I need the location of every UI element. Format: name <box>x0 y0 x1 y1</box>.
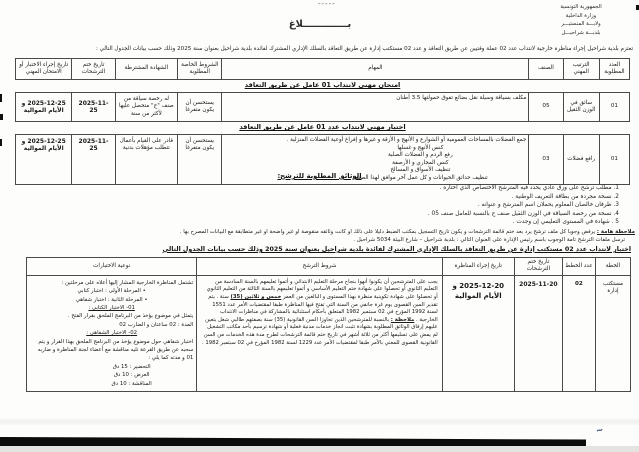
table-row: مستكتب إدارة 02 2025-11-20 2025-12-20 و … <box>27 275 631 391</box>
clerk-exam-date: 2025-12-20 و الأيام الموالية <box>442 275 514 391</box>
tests-line: المدة : 02 ساعتان و الضارب 02 <box>30 321 193 329</box>
scan-edge-mark <box>0 94 2 102</box>
list-item: 3. ظرفان خالصان المعلوم يحملان اسم المتر… <box>20 201 619 210</box>
table1-section1-row: امتحان مهني لانتداب 01 عامل عن طريق التع… <box>16 80 630 93</box>
table1-header-row: العدد المطلوبة الترتيب المهني الصنف المه… <box>16 59 630 80</box>
table1-section2-row: اختبار مهني لانتداب عدد 01 عامل عن طريق … <box>16 122 630 135</box>
tests-line: المناقشة : 10 دق <box>30 380 193 388</box>
table1-header-certificate: الشهادة المشترطة <box>115 59 177 80</box>
letterhead-republic: الجمهورية التونسية <box>535 3 627 12</box>
scan-dash-mark: ----- <box>318 0 336 8</box>
page-title: بـــــــــــــلاغ <box>200 19 440 30</box>
letterhead-ministry: وزارة الداخلية <box>535 12 627 21</box>
tests-line: • المرحلة الثانية : اختبار شفاهي <box>30 296 193 304</box>
tests-line: • المرحلة الأولى : اختبار كتابي <box>30 287 193 295</box>
table2-header-position: الخطة <box>595 258 630 276</box>
row1-exam-date: 2025-12-25 و الأيام الموالية <box>16 93 72 122</box>
tests-line: تشتمل المناظرة الخارجية المشار إليها أعل… <box>30 279 193 287</box>
table2-header-exam-date: تاريخ إجراء المناظرة <box>442 258 514 276</box>
documents-heading: الوثائق المطلوبة للترشح: <box>0 172 639 180</box>
scan-edge-mark <box>0 114 3 120</box>
tests-line: يتمثل في موضوع يؤخذ من البرنامج الملحق ب… <box>30 312 193 320</box>
table1-header-tasks: المهام <box>222 59 529 80</box>
scan-shadow-band <box>0 417 639 425</box>
letterhead-municipality: بلديـــة شراحيـــل <box>535 29 627 38</box>
table-row: 01 سائق في الوزن الثقيل 05 مكلف بسياقة و… <box>16 93 630 122</box>
task-line: جمع الفضلات بالمساحات العمومية أو الشوار… <box>224 137 526 145</box>
table1-header-count: العدد المطلوبة <box>599 59 629 80</box>
list-item: 5 . شهادة في المستوى التعليمي إن وجدت . <box>20 218 619 227</box>
scan-edge-mark <box>0 139 2 146</box>
table2-header-tests: نوعية الاختبارات <box>27 258 197 276</box>
row1-conditions: يستحسن أن يكون متفرغا <box>178 93 222 122</box>
section2-title: اختبار مهني لانتداب عدد 01 عامل عن طريق … <box>18 124 628 131</box>
table1-header-exam-date: تاريخ إجراء الاختبار أو الامتحان المهني <box>16 59 72 80</box>
tests-line: اختبار شفاهي حول موضوع يؤخذ من البرنامج … <box>30 338 193 363</box>
letterhead-governorate: ولايـــة المنستيـــر <box>535 20 627 29</box>
tests-line: العرض : 10 دق <box>30 371 193 379</box>
table1-header-closing-date: تاريخ ختم الترشحات <box>72 59 115 80</box>
list-item: 4. نسخة من رخصة السياقة في الوزن الثقيل … <box>20 210 619 219</box>
table1-header-rank: الترتيب المهني <box>563 59 599 80</box>
row1-grade: 05 <box>529 93 563 122</box>
clerk-recruitment-table: الخطة عدد الخطط تاريخ ختم الترشحات تاريخ… <box>26 257 631 392</box>
mailing-instruction: ترسل ملفات الترشح تامة الوجوب باسم رئيس … <box>4 237 625 243</box>
clerk-position: مستكتب إدارة <box>595 275 630 391</box>
row1-closing-date: 2025-11-25 <box>72 93 115 122</box>
table1-header-conditions: الشروط الخاصة المطلوبة <box>178 59 222 80</box>
section1-title: امتحان مهني لانتداب 01 عامل عن طريق التع… <box>18 82 628 89</box>
clerk-section-title: اختبار لانتداب عدد 02 مستكتب إدارة عن طر… <box>4 246 631 253</box>
table2-header-closing-date: تاريخ ختم الترشحات <box>514 258 562 276</box>
letterhead: الجمهورية التونسية وزارة الداخلية ولايــ… <box>535 3 627 37</box>
intro-paragraph: تعتزم بلدية شراحيل إجراء مناظرة خارجية ل… <box>4 45 633 53</box>
row1-certificate: له رخصة سياقة من صنف "ج" متحصل عليها لأك… <box>115 93 177 122</box>
task-line: كنس الأنهج و غسلها <box>224 145 526 153</box>
conditions-note-label: ملاحظة : <box>391 317 414 323</box>
scanned-document: الجمهورية التونسية وزارة الداخلية ولايــ… <box>0 0 639 452</box>
tests-line: التحضير : 15 دق <box>30 363 193 371</box>
row1-rank: سائق في الوزن الثقيل <box>563 93 599 122</box>
tests-line: 02- الاختبار الشفاهي : <box>30 329 193 337</box>
clerk-conditions: يجب على المترشحين أن يكونوا أنهوا بنجاح … <box>197 275 442 391</box>
table2-header-conditions: شروط الترشح <box>197 258 442 276</box>
list-item: 2. نسخة مجردة من بطاقة التعريف الوطنية . <box>20 193 619 202</box>
important-note: ملاحظة هامة : يرفض وجوبا كل ملف ترشح يرد… <box>2 229 635 237</box>
task-line: كنس المجاري و الأرصفة <box>224 160 526 168</box>
table2-header-count: عدد الخطط <box>562 258 595 276</box>
documents-list: 1. مطلب ترشح على ورق عادي يحدد فيه المتر… <box>20 184 619 227</box>
important-note-text: يرفض وجوبا كل ملف ترشح يرد بعد ختم قائمة… <box>180 229 597 235</box>
clerk-closing-date: 2025-11-20 <box>514 275 562 391</box>
tests-line: 01- الاختبار الكتابي : <box>30 304 193 312</box>
workers-recruitment-table: العدد المطلوبة الترتيب المهني الصنف المه… <box>15 58 630 185</box>
conditions-age-emphasis: خمس و ثلاثين (35) <box>230 294 281 300</box>
row1-tasks: مكلف بسياقة وسيلة نقل بضائع تفوق حمولتها… <box>222 93 529 122</box>
important-note-label: ملاحظة هامة : <box>597 229 635 235</box>
row1-count: 01 <box>599 93 629 122</box>
clerk-count: 02 <box>562 275 595 391</box>
scan-bottom-edge <box>0 446 639 452</box>
table2-header-row: الخطة عدد الخطط تاريخ ختم الترشحات تاريخ… <box>27 258 631 276</box>
list-item: 1. مطلب ترشح على ورق عادي يحدد فيه المتر… <box>20 184 619 193</box>
ink-squiggle-mark: ~ <box>595 425 604 436</box>
task-line: رفع الردم و الفضلات الصلبة <box>224 152 526 160</box>
clerk-tests: تشتمل المناظرة الخارجية المشار إليها أعل… <box>27 275 197 391</box>
table1-header-grade: الصنف <box>529 59 563 80</box>
